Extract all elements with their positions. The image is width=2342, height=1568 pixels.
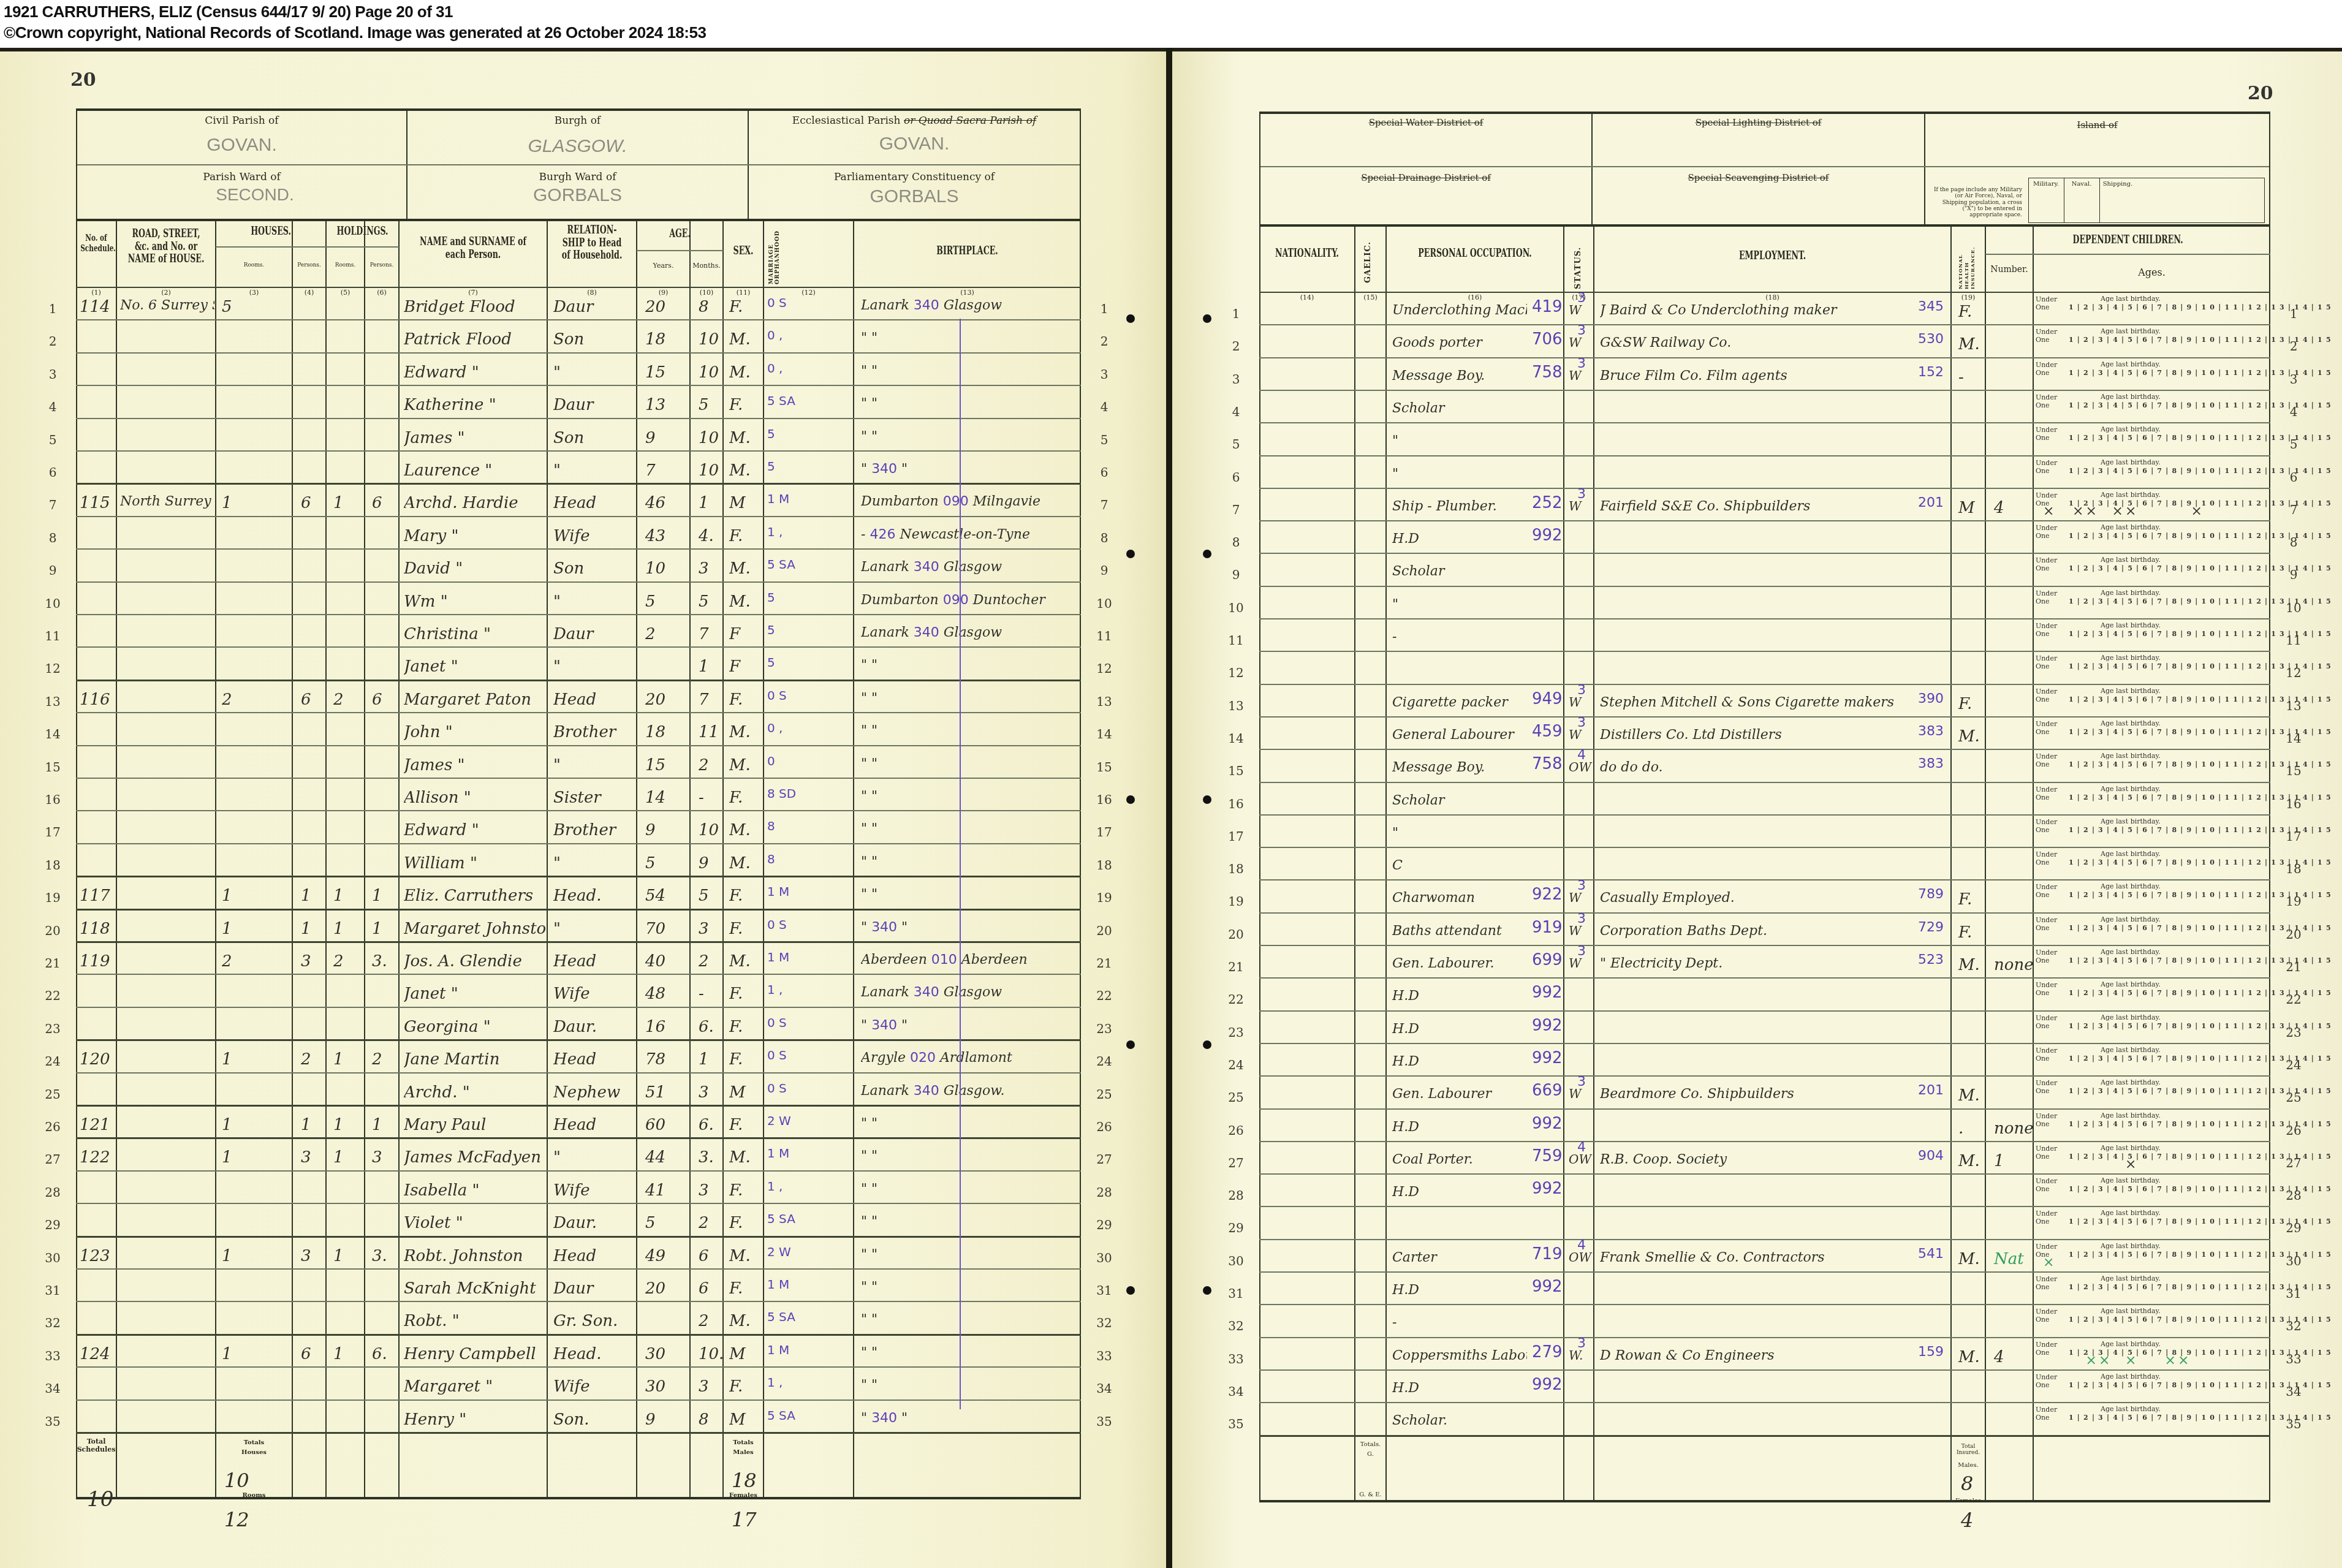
house-persons: 1 (301, 920, 325, 938)
birthplace-code: 340 (871, 920, 897, 935)
occupation-code: 252 (1532, 494, 1563, 512)
employment-code: 523 (1918, 952, 1944, 968)
person-name: Margaret " (404, 1377, 546, 1396)
row-number-left: 7 (1224, 502, 1248, 517)
row-rule (76, 941, 1081, 943)
column-rule (1563, 224, 1564, 1502)
birthplace: " 340 " (861, 461, 1080, 477)
row-rule (1259, 1304, 2270, 1305)
employment-code: 729 (1918, 920, 1944, 935)
occupation-code: 992 (1532, 1180, 1563, 1198)
row-number-right: 19 (1092, 890, 1116, 905)
age-columns: 1|2|3|4|5|6|7|8|9|10|11|12|13|14|15 (2069, 1120, 2335, 1128)
birthplace-town: " (897, 1018, 908, 1033)
birthplace-code: 340 (914, 625, 939, 640)
personal-occupation: Coal Porter. (1392, 1152, 1527, 1167)
total-rooms-value: 12 (224, 1508, 249, 1531)
birthplace-code: 090 (943, 494, 969, 509)
row-rule (1259, 814, 2270, 816)
age-months: 10 (699, 461, 729, 480)
col-persons-header: Persons. (292, 262, 326, 268)
marriage-code: 8 SD (767, 786, 796, 801)
employment: R.B. Coop. Society (1600, 1152, 1914, 1167)
age-years: 43 (645, 527, 676, 545)
marriage-code: 5 SA (767, 1211, 795, 1226)
person-name: James " (404, 429, 546, 447)
birthplace-town: " (897, 920, 908, 935)
row-number-right: 27 (1092, 1152, 1116, 1167)
column-rule (292, 219, 293, 1499)
age-grid: Under OneAge last birthday.1|2|3|4|5|6|7… (2033, 490, 2270, 520)
col-number: (1) (76, 289, 116, 297)
burgh-value: GLASGOW. (407, 136, 748, 157)
row-number-left: 20 (1224, 927, 1248, 942)
row-rule (1259, 782, 2270, 783)
age-columns: 1|2|3|4|5|6|7|8|9|10|11|12|13|14|15 (2069, 695, 2335, 703)
age-months: 10 (699, 429, 729, 447)
employment-code: 383 (1918, 724, 1944, 739)
employment: Bruce Film Co. Film agents (1600, 368, 1914, 384)
sex: F. (729, 1181, 766, 1200)
person-name: Mary Paul (404, 1116, 546, 1134)
row-number-left: 23 (1224, 1025, 1248, 1040)
col-number: (19) (1951, 294, 1985, 302)
age-grid: Under OneAge last birthday.1|2|3|4|5|6|7… (2033, 849, 2270, 879)
employment: Stephen Mitchell & Sons Cigarette makers (1600, 695, 1914, 710)
col-holdings-header: HOLDINGS. (334, 225, 391, 238)
row-number-right: 25 (1092, 1087, 1116, 1102)
row-number-left: 29 (1224, 1221, 1248, 1235)
row-rule (1259, 390, 2270, 391)
personal-occupation: - (1392, 629, 1527, 645)
personal-occupation: H.D (1392, 1184, 1527, 1200)
status-code: 3 (1577, 944, 1586, 959)
row-number-left: 10 (40, 596, 65, 611)
age-columns: 1|2|3|4|5|6|7|8|9|10|11|12|13|14|15 (2069, 369, 2335, 377)
sex: F. (729, 920, 766, 938)
marriage-code: 1 , (767, 1375, 783, 1390)
row-number-left: 5 (40, 433, 65, 447)
personal-occupation: Carter (1392, 1250, 1527, 1265)
age-last-birthday-label: Age last birthday. (2101, 882, 2161, 890)
row-number-left: 33 (40, 1349, 65, 1363)
age-years: 15 (645, 363, 676, 382)
birthplace-town: Newcastle-on-Tyne (895, 527, 1030, 542)
age-columns: 1|2|3|4|5|6|7|8|9|10|11|12|13|14|15 (2069, 728, 2335, 736)
occupation-code: 699 (1532, 951, 1563, 969)
age-last-birthday-label: Age last birthday. (2101, 654, 2161, 662)
row-number-left: 19 (1224, 894, 1248, 909)
birthplace: " " (861, 1214, 1080, 1229)
row-number-right: 20 (1092, 923, 1116, 938)
relationship: " (553, 657, 635, 676)
relationship: Wife (553, 1377, 635, 1396)
age-months: 10 (699, 363, 729, 382)
person-name: Margaret Johnston (404, 920, 546, 938)
birthplace-county: Lanark (861, 298, 914, 313)
employment-code: 345 (1918, 299, 1944, 314)
age-last-birthday-label: Age last birthday. (2101, 1307, 2161, 1315)
occupation-code: 992 (1532, 1376, 1563, 1394)
col-nationality-header: NATIONALITY. (1270, 248, 1344, 260)
age-columns: 1|2|3|4|5|6|7|8|9|10|11|12|13|14|15 (2069, 630, 2335, 638)
relationship: Head. (553, 1345, 635, 1363)
birthplace: " " (861, 691, 1080, 706)
row-number-right: 4 (1092, 400, 1116, 414)
birthplace: Dumbarton 090 Duntocher (861, 593, 1080, 608)
personal-occupation: H.D (1392, 531, 1527, 547)
col-years-header: Years. (637, 262, 690, 270)
col-number: (8) (547, 289, 637, 297)
personal-occupation: Underclothing Mach. (1392, 303, 1527, 318)
col-number: (3) (216, 289, 292, 297)
eccl-parish-struck: or Quoad Sacra Parish of (904, 115, 1036, 127)
row-rule (1259, 716, 2270, 718)
person-name: Robt. Johnston (404, 1247, 546, 1265)
person-name: David " (404, 559, 546, 578)
status-code: 3 (1577, 487, 1586, 502)
sex: F. (729, 1279, 766, 1298)
birthplace: " " (861, 1345, 1080, 1360)
row-rule (76, 1334, 1081, 1336)
age-columns: 1|2|3|4|5|6|7|8|9|10|11|12|13|14|15 (2069, 858, 2335, 866)
holding-persons: 6 (372, 494, 396, 512)
military-label: Military. (2028, 181, 2064, 188)
column-rule (398, 219, 400, 1499)
house-persons: 1 (301, 887, 325, 905)
birthplace-county: " (861, 1018, 871, 1033)
col-nhi-header: NATIONAL HEALTH INSURANCE. (1957, 228, 1976, 289)
employment-code: 152 (1918, 365, 1944, 380)
under-one-label: Under One (2036, 1079, 2060, 1095)
schedule-number: 119 (80, 952, 116, 971)
birthplace: " " (861, 1116, 1080, 1131)
row-rule (1259, 1043, 2270, 1044)
relationship: Head (553, 691, 635, 709)
birthplace: " " (861, 756, 1080, 771)
status-code: 3 (1577, 715, 1586, 730)
age-months: 6 (699, 1247, 729, 1265)
row-rule (1259, 1108, 2270, 1110)
age-years: 70 (645, 920, 676, 938)
row-number-left: 26 (40, 1119, 65, 1134)
birthplace-county: " (861, 1411, 871, 1426)
lighting-district-label: Special Lighting District of (1593, 118, 1924, 128)
row-number-left: 14 (40, 727, 65, 741)
row-number-left: 1 (1224, 306, 1248, 321)
row-number-left: 34 (1224, 1384, 1248, 1399)
col-gaelic-header: GAELIC. (1363, 228, 1373, 283)
row-number-left: 21 (1224, 960, 1248, 974)
age-cross-mark: × (2125, 1157, 2136, 1172)
column-rule (853, 219, 854, 1499)
birthplace: " " (861, 1148, 1080, 1164)
sex: M. (729, 756, 766, 775)
occupation-code: 922 (1532, 885, 1563, 904)
row-number-right: 13 (1092, 694, 1116, 709)
marriage-code: 0 S (767, 1048, 787, 1062)
age-grid: Under OneAge last birthday.1|2|3|4|5|6|7… (2033, 817, 2270, 847)
birthplace: " " (861, 1181, 1080, 1197)
employment: Fairfield S&E Co. Shipbuilders (1600, 499, 1914, 514)
personal-occupation: Gen. Labourer (1392, 1086, 1527, 1102)
column-rule (1385, 224, 1387, 1502)
house-rooms: 1 (222, 887, 249, 905)
sex: M. (729, 723, 766, 741)
relationship: Daur. (553, 1018, 635, 1036)
schedule-number: 117 (80, 887, 116, 905)
row-number-left: 11 (1224, 633, 1248, 648)
personal-occupation: H.D (1392, 1119, 1527, 1135)
col-number: (5) (326, 289, 365, 297)
age-columns: 1|2|3|4|5|6|7|8|9|10|11|12|13|14|15 (2069, 1153, 2335, 1161)
person-name: James " (404, 756, 546, 775)
personal-occupation: H.D (1392, 988, 1527, 1004)
ge-label: G. & E. (1355, 1491, 1386, 1499)
age-cross-mark: × (2086, 504, 2097, 519)
row-number-right: 3 (1092, 367, 1116, 382)
person-name: Archd. " (404, 1083, 546, 1102)
personal-occupation: Cigarette packer (1392, 695, 1527, 710)
age-grid: Under OneAge last birthday.1|2|3|4|5|6|7… (2033, 653, 2270, 683)
marriage-code: 1 , (767, 525, 783, 539)
birthplace: " " (861, 887, 1080, 902)
island-label: Island of (1925, 120, 2269, 131)
age-grid: Under OneAge last birthday.1|2|3|4|5|6|7… (2033, 327, 2270, 357)
personal-occupation: " (1392, 597, 1527, 612)
nhi-value: F. (1958, 890, 1972, 909)
status-code: 3 (1577, 911, 1586, 926)
house-rooms: 1 (222, 1148, 249, 1167)
row-number-left: 16 (1224, 797, 1248, 811)
under-one-label: Under One (2036, 1406, 2060, 1422)
birthplace-county: - (861, 527, 870, 542)
employment-code: 159 (1918, 1344, 1944, 1360)
age-years: 20 (645, 691, 676, 709)
relationship: Head (553, 494, 635, 512)
birthplace: " " (861, 723, 1080, 738)
schedule-number: 121 (80, 1116, 116, 1134)
row-rule (76, 1399, 1081, 1401)
age-cross-mark: × (2086, 1353, 2097, 1368)
age-years: 5 (645, 854, 676, 873)
row-rule (1259, 977, 2270, 979)
relationship: " (553, 854, 635, 873)
sex: M. (729, 952, 766, 971)
relationship: Head (553, 1247, 635, 1265)
column-rule (547, 219, 548, 1499)
age-grid: Under OneAge last birthday.1|2|3|4|5|6|7… (2033, 458, 2270, 488)
age-years: 49 (645, 1247, 676, 1265)
occupation-code: 992 (1532, 1278, 1563, 1296)
row-number-right: 32 (1092, 1316, 1116, 1330)
row-number-left: 15 (40, 760, 65, 775)
holding-rooms: 2 (333, 691, 358, 709)
holding-rooms: 1 (333, 887, 358, 905)
age-months: 1 (699, 657, 729, 676)
row-number-left: 24 (1224, 1058, 1248, 1072)
age-months: 3 (699, 1181, 729, 1200)
holding-persons: 6. (372, 1345, 396, 1363)
person-name: Robt. " (404, 1312, 546, 1330)
col-marriage-header: MARRIAGE ORPHANHOOD (768, 225, 781, 284)
col-number: (6) (365, 289, 399, 297)
total-females-value: 17 (732, 1508, 757, 1531)
row-number-right: 29 (1092, 1218, 1116, 1232)
age-last-birthday-label: Age last birthday. (2101, 1242, 2161, 1250)
birthplace: Aberdeen 010 Aberdeen (861, 952, 1080, 968)
column-rule (1950, 224, 1952, 1502)
age-years: 9 (645, 821, 676, 839)
age-last-birthday-label: Age last birthday. (2101, 523, 2161, 531)
marriage-code: 5 (767, 590, 775, 605)
age-cross-mark: × (2125, 1353, 2136, 1368)
scavenging-district-label: Special Scavenging District of (1593, 173, 1924, 183)
under-one-label: Under One (2036, 295, 2060, 311)
marriage-code: 0 , (767, 361, 783, 376)
age-grid: Under OneAge last birthday.1|2|3|4|5|6|7… (2033, 915, 2270, 945)
relationship: " (553, 1148, 635, 1167)
column-rule (689, 219, 691, 1499)
age-years: 7 (645, 461, 676, 480)
row-number-right: 28 (1092, 1185, 1116, 1200)
marriage-code: 1 M (767, 1343, 789, 1357)
row-rule (1259, 1173, 2270, 1175)
sex: M. (729, 429, 766, 447)
totals-label: Totals. (1355, 1441, 1386, 1449)
row-rule (1259, 1369, 2270, 1371)
punch-hole (1203, 795, 1211, 804)
row-rule (1259, 422, 2270, 423)
employment: " Electricity Dept. (1600, 956, 1914, 971)
row-rule (76, 352, 1081, 354)
row-number-right: 2 (1092, 334, 1116, 349)
row-number-right: 11 (1092, 629, 1116, 643)
holding-persons: 6 (372, 691, 396, 709)
age-columns: 1|2|3|4|5|6|7|8|9|10|11|12|13|14|15 (2069, 336, 2335, 344)
civil-parish-value: GOVAN. (77, 135, 406, 156)
under-one-label: Under One (2036, 949, 2060, 964)
row-number-left: 33 (1224, 1352, 1248, 1366)
age-months: 3 (699, 559, 729, 578)
birthplace-town: " (897, 1411, 908, 1426)
house-rooms: 1 (222, 920, 249, 938)
under-one-label: Under One (2036, 1177, 2060, 1193)
col-employment-header: EMPLOYMENT. (1633, 250, 1912, 263)
sex: F. (729, 298, 766, 316)
row-rule (76, 418, 1081, 419)
birthplace: Dumbarton 090 Milngavie (861, 494, 1080, 509)
age-columns: 1|2|3|4|5|6|7|8|9|10|11|12|13|14|15 (2069, 1316, 2335, 1324)
age-last-birthday-label: Age last birthday. (2101, 850, 2161, 858)
age-grid: Under OneAge last birthday.1|2|3|4|5|6|7… (2033, 392, 2270, 422)
personal-occupation: Goods porter (1392, 335, 1527, 350)
marriage-code: 5 SA (767, 393, 795, 408)
row-number-left: 25 (40, 1087, 65, 1102)
under-one-label: Under One (2036, 850, 2060, 866)
row-number-left: 2 (1224, 339, 1248, 354)
personal-occupation: Charwoman (1392, 890, 1527, 906)
row-rule (76, 1301, 1081, 1302)
row-number-left: 24 (40, 1054, 65, 1069)
row-rule (76, 1105, 1081, 1107)
row-number-right: 5 (1092, 433, 1116, 447)
holding-rooms: 1 (333, 1050, 358, 1069)
schedule-number: 122 (80, 1148, 116, 1167)
relationship: Son (553, 330, 635, 349)
row-rule (76, 581, 1081, 583)
column-rule (1354, 224, 1355, 1502)
sex: F. (729, 527, 766, 545)
nhi-value: M. (1958, 956, 1980, 974)
age-months: 5 (699, 396, 729, 414)
copyright-notice: ©Crown copyright, National Records of Sc… (4, 23, 706, 42)
age-months: 3 (699, 1377, 729, 1396)
birthplace: " " (861, 396, 1080, 411)
punch-hole (1203, 314, 1211, 323)
row-rule (1259, 912, 2270, 914)
under-one-label: Under One (2036, 883, 2060, 899)
row-number-left: 16 (40, 792, 65, 807)
employment-code: 530 (1918, 331, 1944, 347)
age-years: 51 (645, 1083, 676, 1102)
row-rule (1259, 847, 2270, 848)
row-rule (76, 1170, 1081, 1172)
birthplace-town: Glasgow. (939, 1083, 1005, 1099)
under-one-label: Under One (2036, 589, 2060, 605)
military-note: If the page include any Military (or Air… (1930, 187, 2022, 219)
sex: F. (729, 1116, 766, 1134)
birthplace-code: 340 (871, 1018, 897, 1033)
status-code: 4 (1577, 1140, 1586, 1155)
row-number-left: 8 (40, 531, 65, 545)
under-one-label: Under One (2036, 459, 2060, 475)
relationship: " (553, 593, 635, 611)
status-code: 3 (1577, 356, 1586, 371)
age-months: 5 (699, 887, 729, 905)
age-grid: Under OneAge last birthday.1|2|3|4|5|6|7… (2033, 588, 2270, 618)
house-rooms: 5 (222, 298, 249, 316)
age-cross-mark: × (2099, 1353, 2110, 1368)
dependent-number: Nat (1994, 1250, 2024, 1268)
age-grid: Under OneAge last birthday.1|2|3|4|5|6|7… (2033, 1208, 2270, 1238)
birthplace-county: Lanark (861, 1083, 914, 1099)
col-persons-header: Persons. (365, 262, 399, 268)
row-rule (1259, 520, 2270, 521)
under-one-label: Under One (2036, 981, 2060, 997)
marriage-code: 1 M (767, 884, 789, 899)
marriage-code: 0 , (767, 328, 783, 343)
sex: M (729, 1411, 766, 1429)
rooms-label: Rooms (216, 1492, 292, 1499)
sex: M (729, 1345, 766, 1363)
relationship: Head. (553, 887, 635, 905)
under-one-label: Under One (2036, 426, 2060, 442)
row-number-left: 4 (40, 400, 65, 414)
under-one-label: Under One (2036, 818, 2060, 834)
age-grid: Under OneAge last birthday.1|2|3|4|5|6|7… (2033, 1111, 2270, 1141)
sex: F. (729, 985, 766, 1003)
age-last-birthday-label: Age last birthday. (2101, 1078, 2161, 1086)
row-number-left: 27 (1224, 1156, 1248, 1170)
nhi-value: M. (1958, 1250, 1980, 1268)
row-rule (76, 1268, 1081, 1270)
person-name: Sarah McKnight (404, 1279, 546, 1298)
holding-persons: 1 (372, 887, 396, 905)
status-code: 4 (1577, 1238, 1586, 1253)
age-months: - (699, 985, 729, 1003)
relationship: " (553, 363, 635, 382)
